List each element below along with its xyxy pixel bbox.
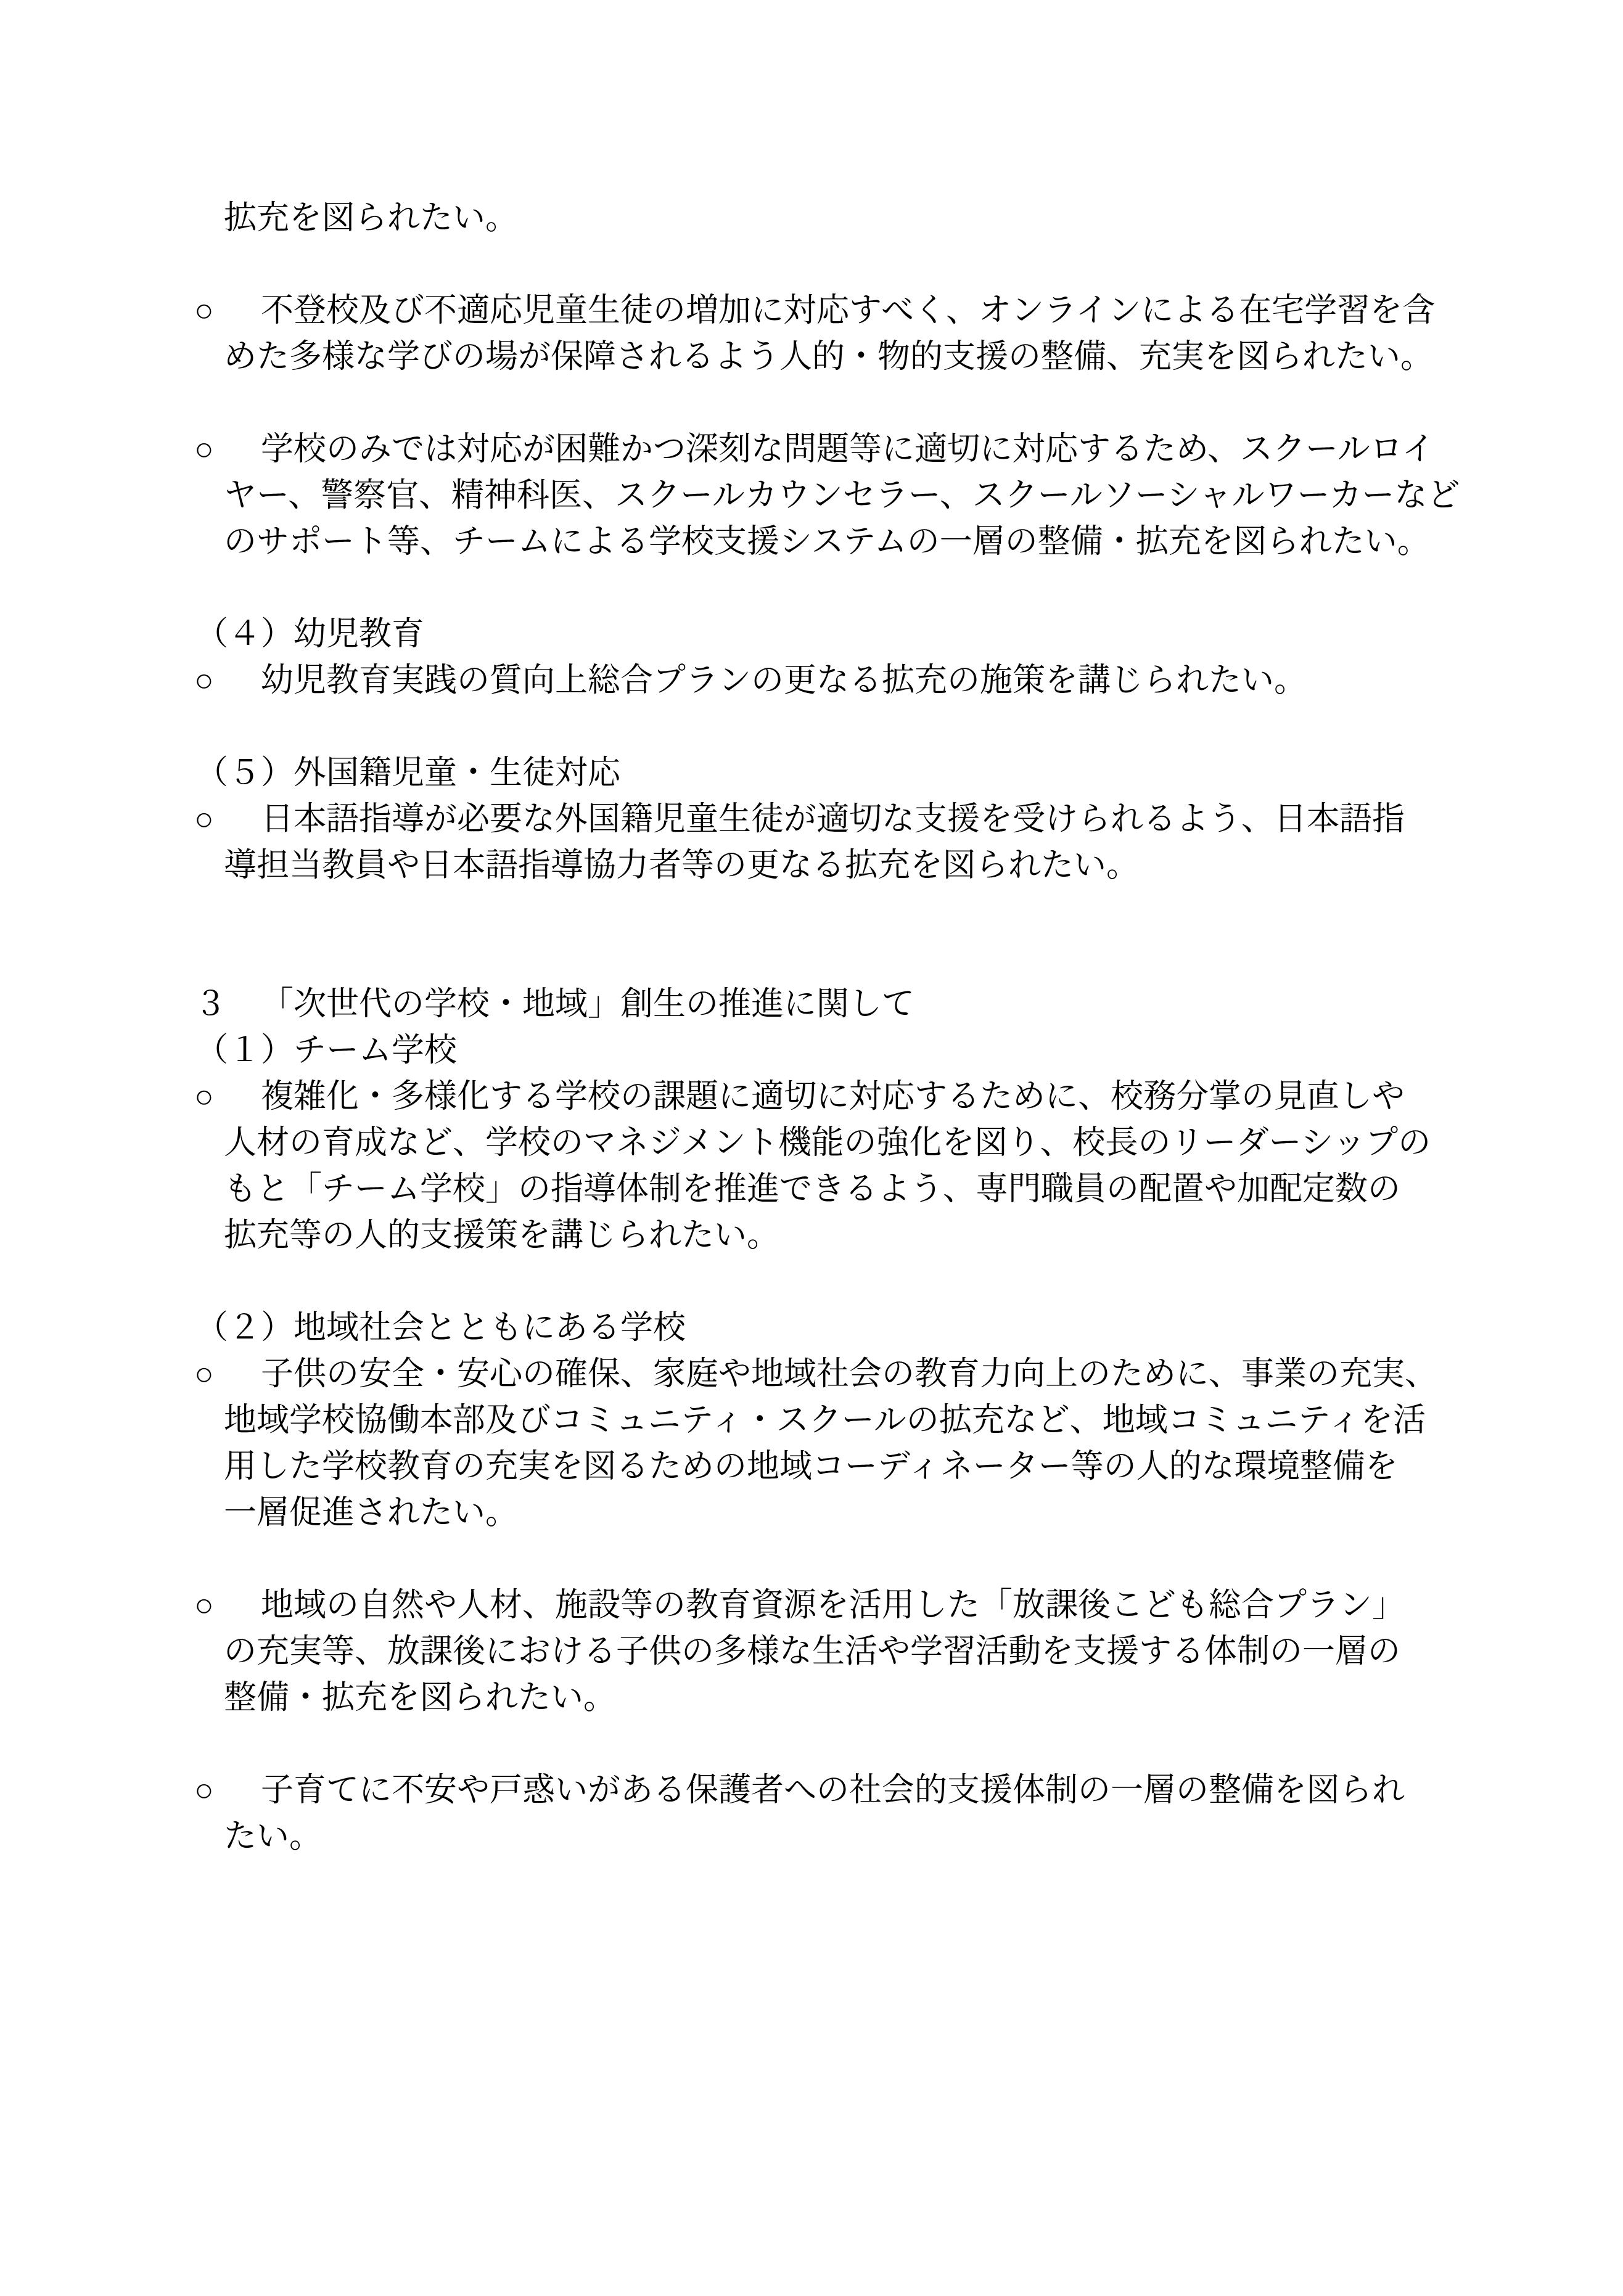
- line-text: ヤー、警察官、精神科医、スクールカウンセラー、スクールソーシャルワーカーなど: [0, 473, 1623, 519]
- line-text-content: 幼児教育実践の質向上総合プランの更なる拡充の施策を講じられたい。: [261, 663, 1307, 699]
- bullet-line: ○子供の安全・安心の確保、家庭や地域社会の教育力向上のために、事業の充実、: [0, 1351, 1623, 1398]
- circle-bullet-marker: ○: [194, 1768, 261, 1814]
- line-text-content: 日本語指導が必要な外国籍児童生徒が適切な支援を受けられるよう、日本語指: [261, 802, 1405, 837]
- bullet-line: ○地域の自然や人材、施設等の教育資源を活用した「放課後こども総合プラン」: [0, 1583, 1623, 1629]
- blank-line: [0, 935, 1623, 982]
- line-text: 人材の育成など、学校のマネジメント機能の強化を図り、校長のリーダーシップの: [0, 1120, 1623, 1166]
- line-text: 拡充等の人的支援策を講じられたい。: [0, 1213, 1623, 1259]
- line-text: のサポート等、チームによる学校支援システムの一層の整備・拡充を図られたい。: [0, 519, 1623, 565]
- line-text-content: 子供の安全・安心の確保、家庭や地域社会の教育力向上のために、事業の充実、: [261, 1356, 1437, 1392]
- line-text-content: 複雑化・多様化する学校の課題に適切に対応するために、校務分掌の見直しや: [261, 1079, 1405, 1115]
- blank-line: [0, 1721, 1623, 1768]
- line-text: 地域学校協働本部及びコミュニティ・スクールの拡充など、地域コミュニティを活: [0, 1398, 1623, 1444]
- line-text-content: 地域学校協働本部及びコミュニティ・スクールの拡充など、地域コミュニティを活: [224, 1403, 1426, 1438]
- line-text-content: のサポート等、チームによる学校支援システムの一層の整備・拡充を図られたい。: [224, 524, 1430, 560]
- bullet-line: ○子育てに不安や戸惑いがある保護者への社会的支援体制の一層の整備を図られ: [0, 1768, 1623, 1814]
- line-text-content: 導担当教員や日本語指導協力者等の更なる拡充を図られたい。: [224, 848, 1139, 884]
- line-text-content: 整備・拡充を図られたい。: [224, 1680, 616, 1716]
- line-text-content: （２）地域社会とともにある学校: [195, 1310, 686, 1346]
- blank-line: [0, 704, 1623, 750]
- line-text: たい。: [0, 1814, 1623, 1860]
- line-text-content: 人材の育成など、学校のマネジメント機能の強化を図り、校長のリーダーシップの: [224, 1125, 1431, 1161]
- line-text-content: 用した学校教育の充実を図るための地域コーディネーター等の人的な環境整備を: [224, 1449, 1398, 1485]
- bullet-line: ○日本語指導が必要な外国籍児童生徒が適切な支援を受けられるよう、日本語指: [0, 797, 1623, 843]
- heading-line: （２）地域社会とともにある学校: [0, 1305, 1623, 1351]
- line-text-content: めた多様な学びの場が保障されるよう人的・物的支援の整備、充実を図られたい。: [224, 339, 1433, 375]
- line-text-content: （１）チーム学校: [195, 1033, 457, 1068]
- blank-line: [0, 565, 1623, 612]
- line-text: めた多様な学びの場が保障されるよう人的・物的支援の整備、充実を図られたい。: [0, 334, 1623, 380]
- line-text: もと「チーム学校」の指導体制を推進できるよう、専門職員の配置や加配定数の: [0, 1166, 1623, 1213]
- line-text-content: たい。: [224, 1819, 322, 1855]
- line-text-content: 不登校及び不適応児童生徒の増加に対応すべく、オンラインによる在宅学習を含: [261, 293, 1435, 329]
- blank-line: [0, 380, 1623, 427]
- bullet-line: ○学校のみでは対応が困難かつ深刻な問題等に適切に対応するため、スクールロイ: [0, 427, 1623, 473]
- line-text-content: （４）幼児教育: [195, 617, 424, 652]
- line-text-content: 一層促進されたい。: [224, 1495, 518, 1531]
- bullet-line: ○不登校及び不適応児童生徒の増加に対応すべく、オンラインによる在宅学習を含: [0, 288, 1623, 334]
- line-text: 一層促進されたい。: [0, 1490, 1623, 1536]
- circle-bullet-marker: ○: [194, 288, 261, 334]
- document-body: 拡充を図られたい。 ○不登校及び不適応児童生徒の増加に対応すべく、オンラインによ…: [0, 195, 1623, 1860]
- line-text-content: もと「チーム学校」の指導体制を推進できるよう、専門職員の配置や加配定数の: [224, 1171, 1400, 1207]
- blank-line: [0, 242, 1623, 288]
- line-text: 整備・拡充を図られたい。: [0, 1675, 1623, 1721]
- line-text: 拡充を図られたい。: [0, 195, 1623, 242]
- heading-line: （１）チーム学校: [0, 1028, 1623, 1074]
- heading-line: （４）幼児教育: [0, 612, 1623, 658]
- section-number-marker: ３: [194, 982, 261, 1028]
- line-text-content: 「次世代の学校・地域」創生の推進に関して: [261, 986, 914, 1022]
- line-text-content: 学校のみでは対応が困難かつ深刻な問題等に適切に対応するため、スクールロイ: [261, 432, 1434, 467]
- circle-bullet-marker: ○: [194, 797, 261, 843]
- circle-bullet-marker: ○: [194, 1074, 261, 1120]
- heading-line: （５）外国籍児童・生徒対応: [0, 750, 1623, 797]
- circle-bullet-marker: ○: [194, 1583, 261, 1629]
- blank-line: [0, 1259, 1623, 1305]
- bullet-line: ○複雑化・多様化する学校の課題に適切に対応するために、校務分掌の見直しや: [0, 1074, 1623, 1120]
- blank-line: [0, 889, 1623, 935]
- line-text: 用した学校教育の充実を図るための地域コーディネーター等の人的な環境整備を: [0, 1444, 1623, 1490]
- document-page: 拡充を図られたい。 ○不登校及び不適応児童生徒の増加に対応すべく、オンラインによ…: [0, 0, 1623, 2296]
- line-text-content: 拡充を図られたい。: [224, 200, 518, 236]
- line-text-content: 地域の自然や人材、施設等の教育資源を活用した「放課後こども総合プラン」: [261, 1588, 1405, 1623]
- line-text-content: （５）外国籍児童・生徒対応: [195, 755, 620, 791]
- line-text-content: の充実等、放課後における子供の多様な生活や学習活動を支援する体制の一層の: [224, 1634, 1400, 1670]
- line-text: 導担当教員や日本語指導協力者等の更なる拡充を図られたい。: [0, 843, 1623, 889]
- blank-line: [0, 1536, 1623, 1583]
- line-text: の充実等、放課後における子供の多様な生活や学習活動を支援する体制の一層の: [0, 1629, 1623, 1675]
- line-text-content: 拡充等の人的支援策を講じられたい。: [224, 1218, 779, 1253]
- circle-bullet-marker: ○: [194, 658, 261, 704]
- line-text-content: 子育てに不安や戸惑いがある保護者への社会的支援体制の一層の整備を図られ: [261, 1773, 1405, 1808]
- bullet-line: ○幼児教育実践の質向上総合プランの更なる拡充の施策を講じられたい。: [0, 658, 1623, 704]
- circle-bullet-marker: ○: [194, 427, 261, 473]
- circle-bullet-marker: ○: [194, 1351, 261, 1398]
- section-heading-line: ３「次世代の学校・地域」創生の推進に関して: [0, 982, 1623, 1028]
- line-text-content: ヤー、警察官、精神科医、スクールカウンセラー、スクールソーシャルワーカーなど: [224, 478, 1460, 514]
